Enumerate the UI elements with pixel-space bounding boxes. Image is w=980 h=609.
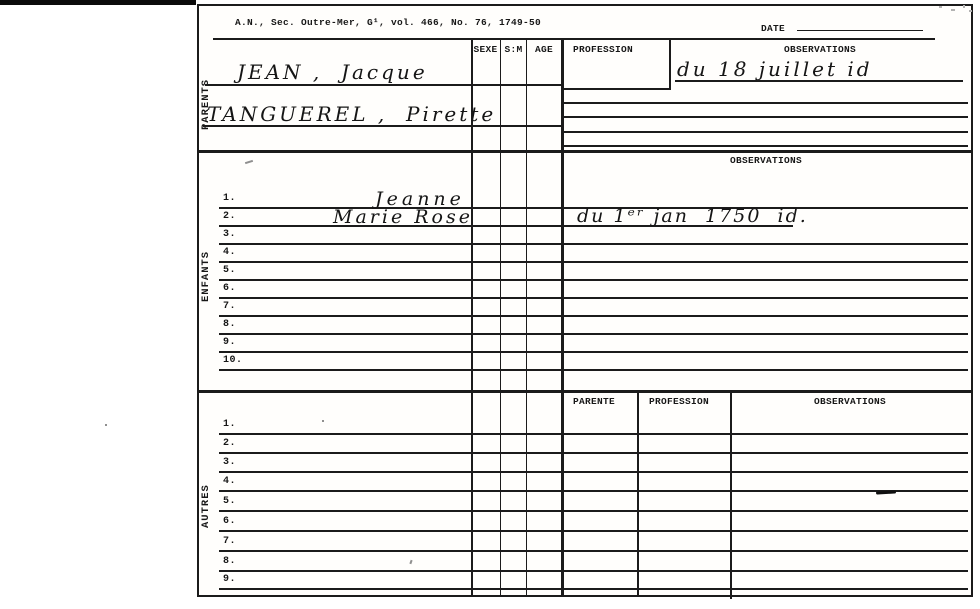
enfant-row-number: 7. xyxy=(223,301,236,313)
enfant-row-number: 3. xyxy=(223,229,236,241)
record-card: A.N., Sec. Outre-Mer, G¹, vol. 466, No. … xyxy=(197,4,973,597)
column-line-parente-profession xyxy=(637,390,639,595)
autre-row-number: 1. xyxy=(223,419,236,431)
pencil-mark xyxy=(409,560,412,564)
pencil-mark xyxy=(963,5,965,8)
enfant-row-number: 1. xyxy=(223,193,236,205)
section-divider xyxy=(197,390,973,393)
parents-observation-rule xyxy=(564,145,968,147)
autre-row-line xyxy=(219,530,968,532)
autres-section-label: AUTRES xyxy=(200,480,213,528)
scan-speck xyxy=(105,424,107,426)
enfants-section-label: ENFANTS xyxy=(200,246,213,302)
enfant-row-line xyxy=(219,243,968,245)
column-header-age: AGE xyxy=(527,44,561,55)
card-border-bottom xyxy=(197,595,973,597)
autre-row-line xyxy=(219,570,968,572)
enfant-observation-entry: du 1ᵉʳ jan 1750 id. xyxy=(577,207,808,226)
profession-box-bottom xyxy=(561,88,671,90)
autre-row-number: 9. xyxy=(223,574,236,586)
enfants-observations-header: OBSERVATIONS xyxy=(564,155,968,166)
enfant-row-line xyxy=(219,333,968,335)
parents-observation-rule xyxy=(564,116,968,118)
autre-row-number: 2. xyxy=(223,438,236,450)
autre-row-line xyxy=(219,433,968,435)
enfant-row-number: 9. xyxy=(223,337,236,349)
autre-row-number: 6. xyxy=(223,516,236,528)
enfant-name-entry: Marie Rose xyxy=(333,208,473,227)
enfant-row-number: 6. xyxy=(223,283,236,295)
autre-row-line xyxy=(219,452,968,454)
mother-name-entry: TANGUEREL , Pirette xyxy=(207,104,496,124)
date-blank-line xyxy=(797,30,923,31)
date-label: DATE xyxy=(761,23,785,34)
autre-row-line xyxy=(219,471,968,473)
autres-observations-header: OBSERVATIONS xyxy=(730,396,970,407)
parents-observation-rule xyxy=(564,131,968,133)
parents-observation-entry: du 18 juillet id xyxy=(677,59,873,79)
scanned-document-page: { "header": { "archive_reference": "A.N.… xyxy=(0,0,980,609)
autre-row-number: 4. xyxy=(223,476,236,488)
autre-row-number: 3. xyxy=(223,457,236,469)
enfant-row-line xyxy=(219,279,968,281)
enfant-row-number: 10. xyxy=(223,355,243,367)
parents-observation-rule xyxy=(564,102,968,104)
scan-edge-artifact xyxy=(0,0,196,5)
profession-box-right xyxy=(669,38,671,90)
card-border-top xyxy=(197,4,973,6)
pencil-mark xyxy=(951,9,955,11)
autre-row-number: 7. xyxy=(223,536,236,548)
enfant-row-number: 5. xyxy=(223,265,236,277)
enfant-row-number: 8. xyxy=(223,319,236,331)
autre-row-line xyxy=(219,510,968,512)
column-header-sexe: SEXE xyxy=(471,44,500,55)
column-line-profession-observations xyxy=(730,390,732,599)
pencil-mark xyxy=(245,160,253,164)
card-border-right xyxy=(971,4,973,597)
father-name-entry: JEAN , Jacque xyxy=(237,62,428,82)
parents-observation-underline xyxy=(675,80,963,82)
table-top-rule xyxy=(213,38,935,40)
card-border-left xyxy=(197,4,199,597)
enfant-row-line xyxy=(219,351,968,353)
autres-parente-header: PARENTE xyxy=(573,396,615,407)
archive-reference: A.N., Sec. Outre-Mer, G¹, vol. 466, No. … xyxy=(235,17,541,28)
enfant-row-line xyxy=(219,315,968,317)
father-name-line xyxy=(205,84,564,86)
enfant-row-number: 2. xyxy=(223,211,236,223)
section-divider xyxy=(197,150,973,153)
pencil-mark xyxy=(969,10,972,12)
column-header-sm: S:M xyxy=(501,44,526,55)
mother-name-line xyxy=(203,125,564,127)
autre-row-number: 8. xyxy=(223,556,236,568)
autre-row-line xyxy=(219,588,968,590)
column-header-profession: PROFESSION xyxy=(573,44,633,55)
enfant-row-number: 4. xyxy=(223,247,236,259)
autre-row-line xyxy=(219,490,968,492)
autre-row-number: 5. xyxy=(223,496,236,508)
ink-dash-mark xyxy=(876,490,896,494)
pencil-mark xyxy=(322,420,324,422)
pencil-mark xyxy=(939,6,942,8)
enfant-row-line xyxy=(219,261,968,263)
autres-profession-header: PROFESSION xyxy=(649,396,709,407)
column-header-observations: OBSERVATIONS xyxy=(670,44,970,55)
enfant-row-line xyxy=(219,369,968,371)
autre-row-line xyxy=(219,550,968,552)
enfant-row-line xyxy=(219,297,968,299)
